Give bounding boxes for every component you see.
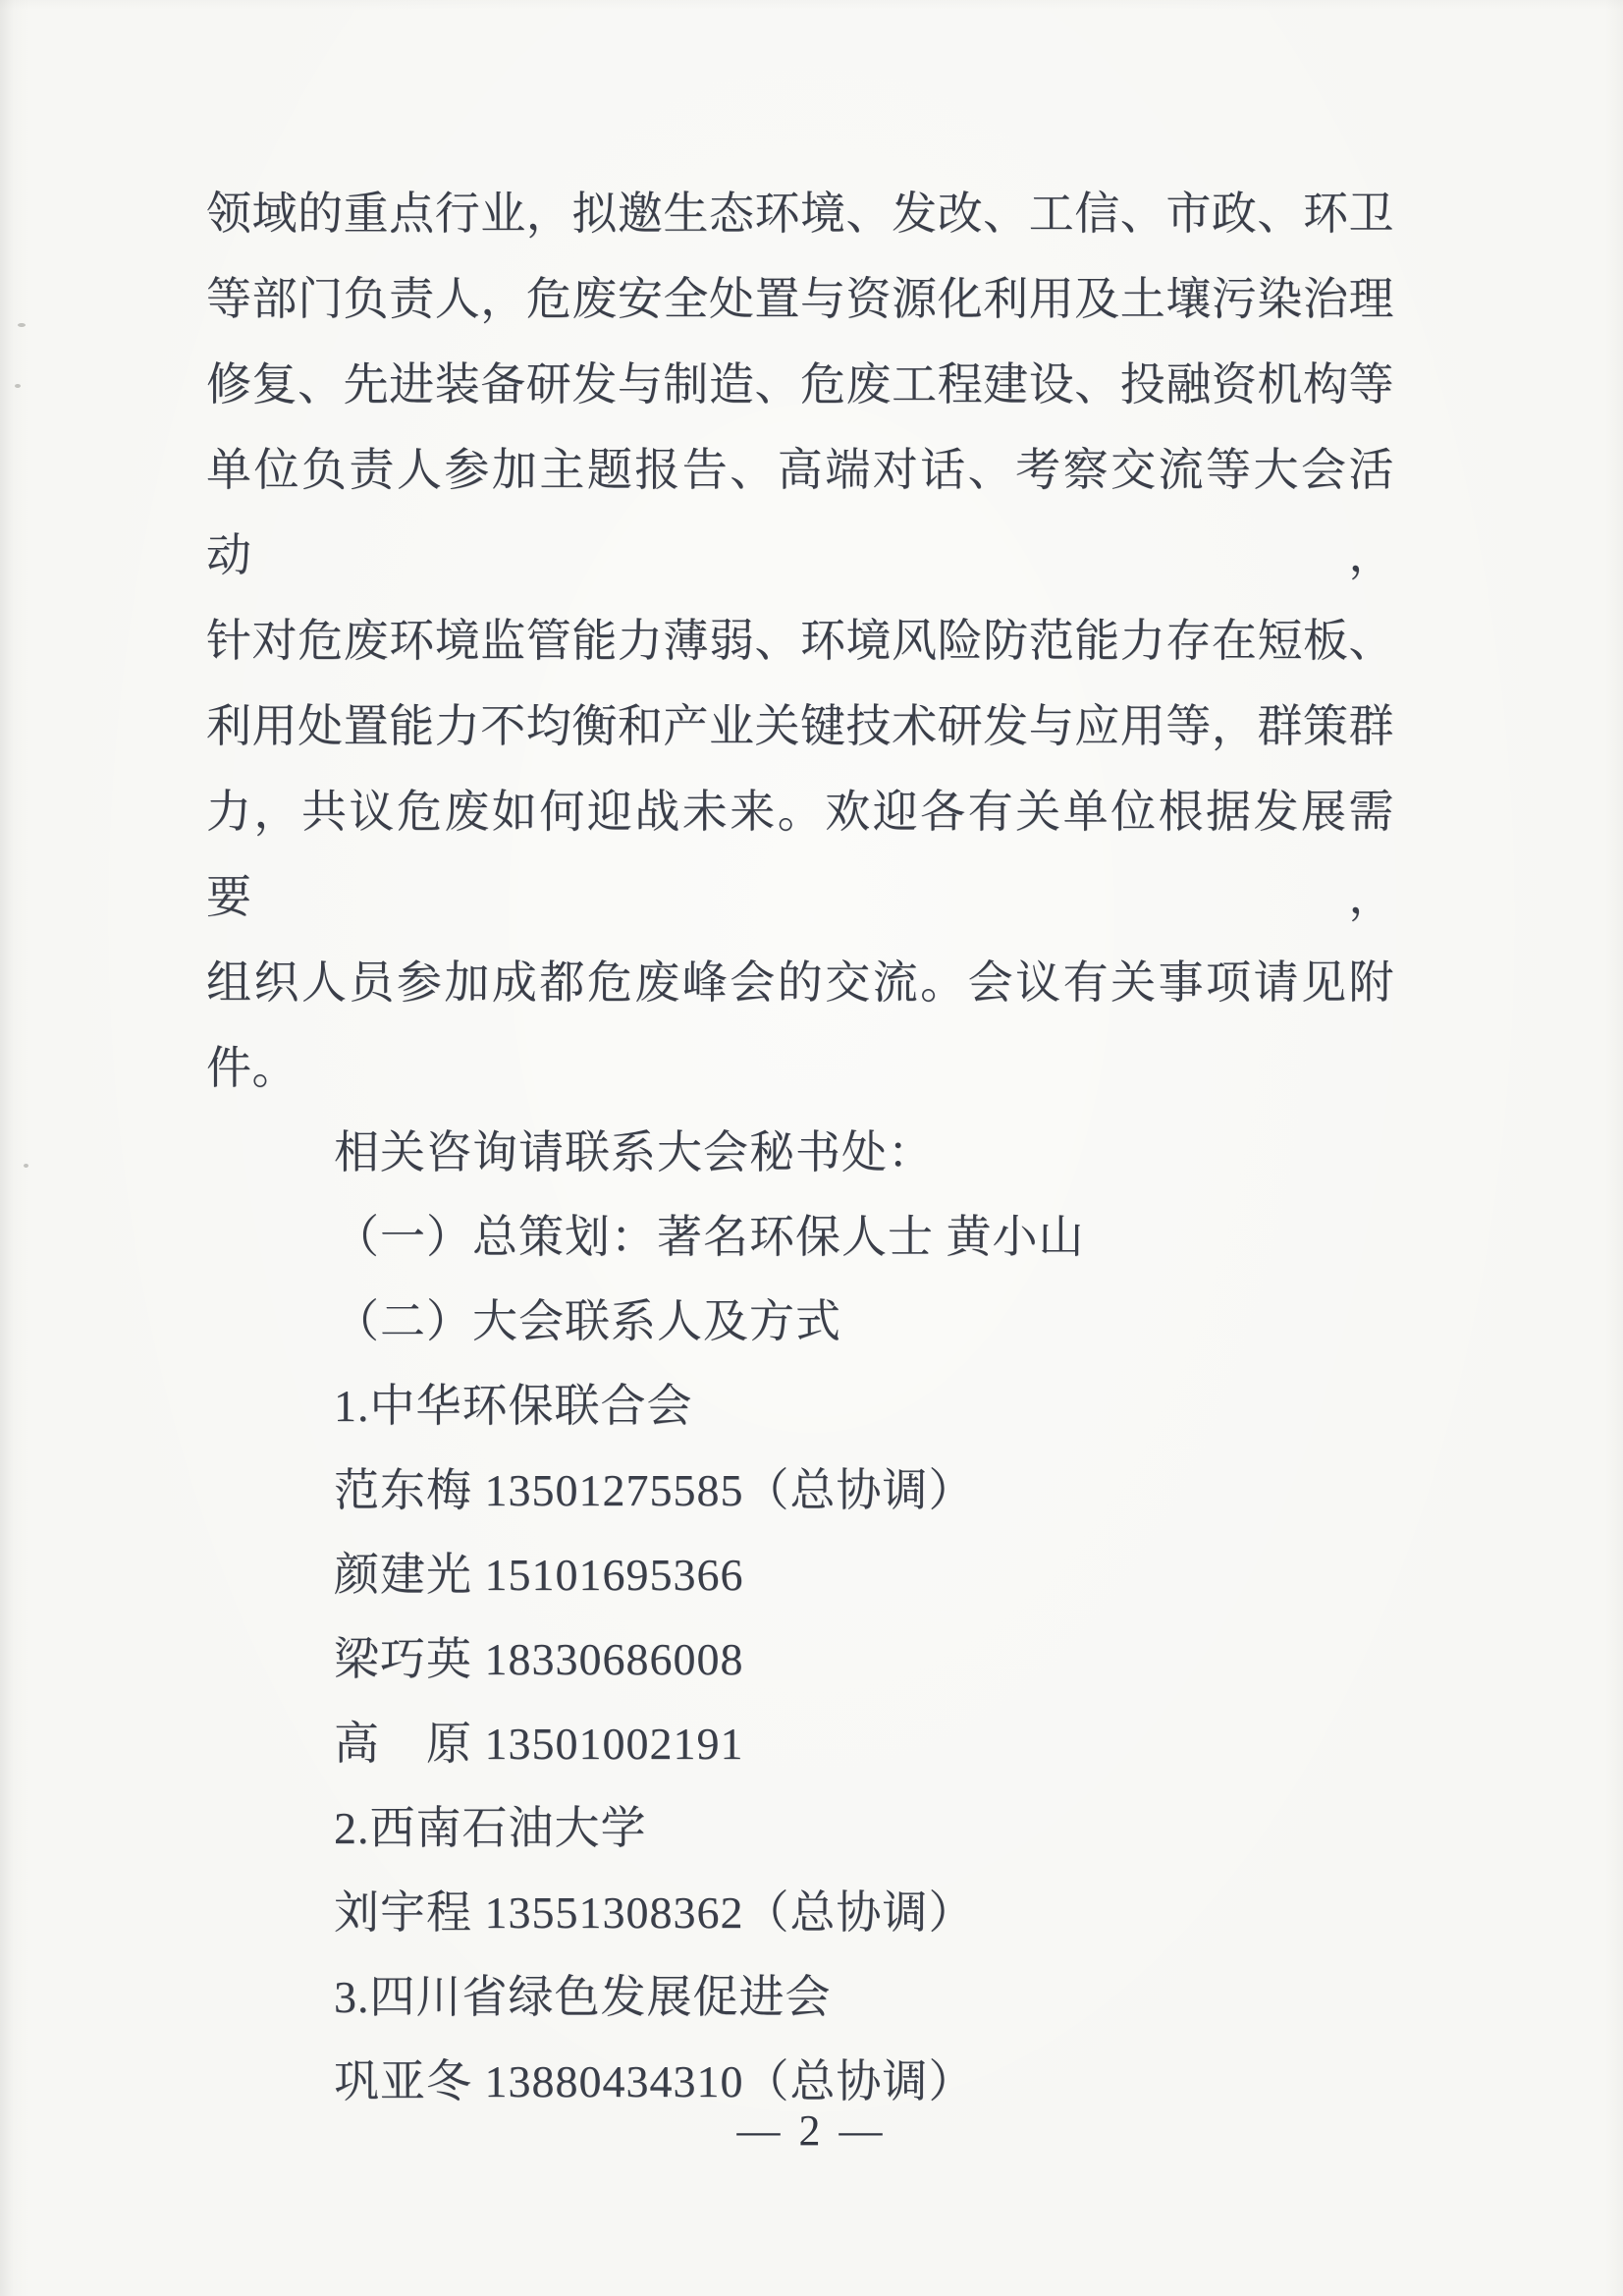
paragraph-line: 单位负责人参加主题报告、高端对话、考察交流等大会活动，	[206, 427, 1394, 598]
scan-speck	[24, 1164, 28, 1168]
paragraph-line: 等部门负责人，危废安全处置与资源化利用及土壤污染治理	[206, 256, 1394, 342]
contact-org-2: 2.西南石油大学	[206, 1786, 1394, 1871]
contact-person: 刘宇程 13551308362（总协调）	[206, 1871, 1394, 1955]
paragraph-line: 针对危废环境监管能力薄弱、环境风险防范能力存在短板、	[206, 598, 1394, 683]
scan-speck	[18, 323, 26, 327]
paragraph-line: 利用处置能力不均衡和产业关键技术研发与应用等，群策群	[206, 683, 1394, 769]
paragraph-line: 力，共议危废如何迎战未来。欢迎各有关单位根据发展需要，	[206, 769, 1394, 940]
scanned-document-page: { "page": { "background_color": "#f7f7f4…	[0, 0, 1623, 2296]
scan-speck	[15, 384, 21, 388]
paragraph-line: 领域的重点行业，拟邀生态环境、发改、工信、市政、环卫	[206, 171, 1394, 256]
page-number: — 2 —	[0, 2102, 1623, 2160]
paragraph-line: 修复、先进装备研发与制造、危废工程建设、投融资机构等	[206, 342, 1394, 427]
contact-line-section-title: （二）大会联系人及方式	[206, 1280, 1394, 1364]
contact-person: 颜建光 15101695366	[206, 1533, 1394, 1617]
document-text-block: 领域的重点行业，拟邀生态环境、发改、工信、市政、环卫 等部门负责人，危废安全处置…	[206, 171, 1394, 2124]
paragraph-line: 件。	[206, 1025, 1394, 1111]
contact-org-3: 3.四川省绿色发展促进会	[206, 1955, 1394, 2040]
contact-person: 梁巧英 18330686008	[206, 1617, 1394, 1702]
contacts-intro-line: 相关咨询请联系大会秘书处：	[206, 1111, 1394, 1195]
contact-org-1: 1.中华环保联合会	[206, 1364, 1394, 1449]
paragraph-line: 组织人员参加成都危废峰会的交流。会议有关事项请见附	[206, 940, 1394, 1025]
contact-line-chief-planner: （一）总策划：著名环保人士 黄小山	[206, 1195, 1394, 1280]
contact-person: 高 原 13501002191	[206, 1702, 1394, 1786]
contact-person: 范东梅 13501275585（总协调）	[206, 1449, 1394, 1533]
